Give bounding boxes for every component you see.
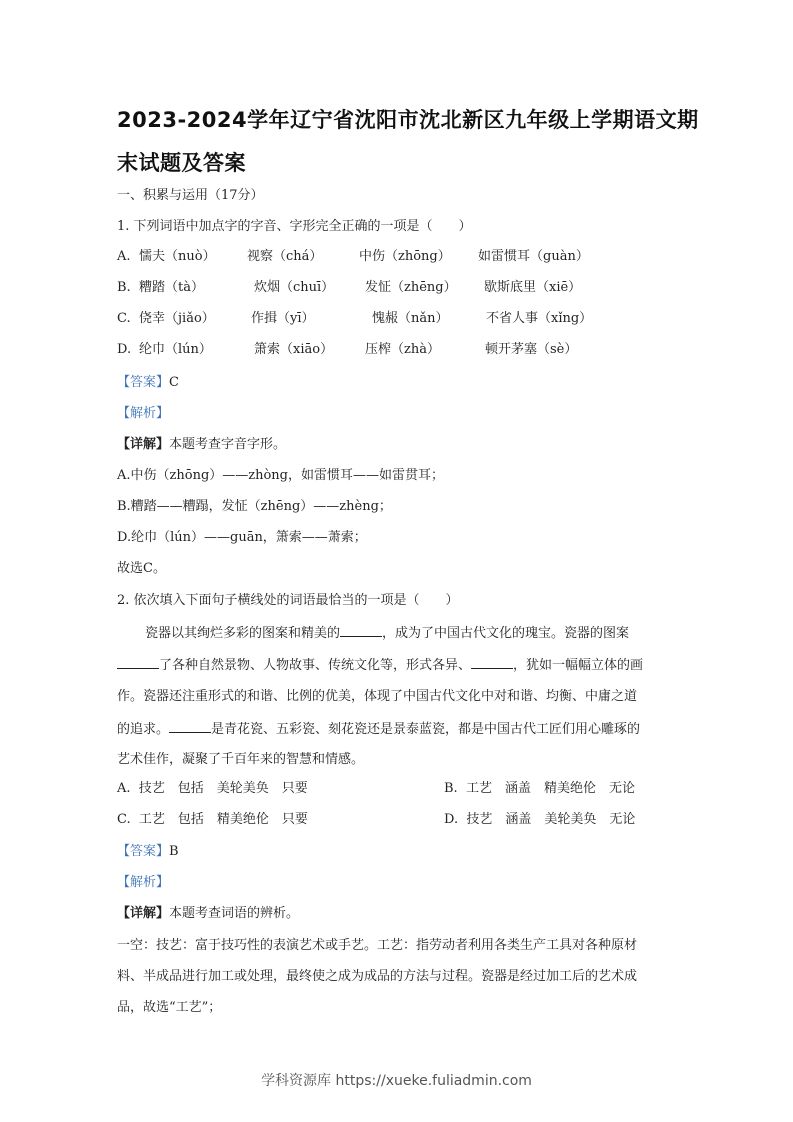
fill-blank: [340, 624, 382, 637]
fill-blank: [169, 720, 211, 733]
answer-value: C: [169, 375, 179, 390]
q2-passage-line: 的追求。是青花瓷、五彩瓷、刻花瓷还是景泰蓝瓷，都是中国古代工匠们用心雕琢的: [117, 720, 640, 739]
document-page: 2023-2024学年辽宁省沈阳市沈北新区九年级上学期语文期 末试题及答案 一、…: [0, 0, 793, 1122]
q2-detail-line: 品，故选“工艺”；: [117, 999, 221, 1017]
fill-blank: [117, 656, 159, 669]
option-item: 歇斯底里（xiē）: [484, 279, 581, 297]
option-label: C.: [117, 310, 131, 328]
q2-option-b: B. 工艺 涵盖 精美绝伦 无论: [444, 780, 635, 798]
option-item: 糟踏（tà）: [139, 279, 204, 297]
q1-conclusion: 故选C。: [117, 560, 166, 578]
q2-passage-line: 了各种自然景物、人物故事、传统文化等，形式各异、，犹如一幅幅立体的画: [117, 656, 643, 675]
option-item: 箫索（xiāo）: [254, 341, 333, 359]
q1-stem: 1. 下列词语中加点字的字音、字形完全正确的一项是（ ）: [117, 218, 472, 236]
q1-answer: 【答案】C: [117, 374, 179, 392]
section-heading: 一、积累与运用（17分）: [117, 187, 264, 205]
q1-detail-line: D.纶巾（lún）——guān，箫索——萧索；: [117, 529, 367, 547]
q2-option-a: A. 技艺 包括 美轮美奂 只要: [117, 780, 308, 798]
option-item: 懦夫（nuò）: [139, 248, 216, 266]
passage-text: 是青花瓷、五彩瓷、刻花瓷还是景泰蓝瓷，都是中国古代工匠们用心雕琢的: [211, 722, 640, 737]
option-item: 作揖（yī）: [251, 310, 315, 328]
q1-option-c: C. 侥幸（jiǎo） 作揖（yī） 愧赧（nǎn） 不省人事（xǐng）: [117, 310, 717, 328]
footer-watermark: 学科资源库 https://xueke.fuliadmin.com: [0, 1070, 793, 1090]
q1-analysis-label: 【解析】: [117, 405, 169, 423]
detail-label: 【详解】: [117, 906, 169, 921]
document-title-line1: 2023-2024学年辽宁省沈阳市沈北新区九年级上学期语文期: [117, 104, 687, 134]
q2-option-c: C. 工艺 包括 精美绝伦 只要: [117, 811, 308, 829]
option-item: 发怔（zhēng）: [365, 279, 457, 297]
passage-text: ，成为了中国古代文化的瑰宝。瓷器的图案: [382, 626, 629, 641]
option-label: D.: [117, 341, 131, 359]
passage-text: 了各种自然景物、人物故事、传统文化等，形式各异、: [159, 658, 471, 673]
q2-options-row2: C. 工艺 包括 精美绝伦 只要 D. 技艺 涵盖 美轮美奂 无论: [117, 811, 677, 829]
option-item: 中伤（zhōng）: [359, 248, 451, 266]
option-item: 不省人事（xǐng）: [486, 310, 592, 328]
q2-passage-line: 艺术佳作，凝聚了千百年来的智慧和情感。: [117, 751, 364, 769]
q1-option-d: D. 纶巾（lún） 箫索（xiāo） 压榨（zhà） 顿开茅塞（sè）: [117, 341, 717, 359]
option-item: 纶巾（lún）: [139, 341, 212, 359]
passage-text: 的追求。: [117, 722, 169, 737]
detail-intro: 本题考查词语的辨析。: [169, 906, 299, 921]
document-title-line2: 末试题及答案: [117, 147, 687, 177]
q2-passage-line: 瓷器以其绚烂多彩的图案和精美的，成为了中国古代文化的瑰宝。瓷器的图案: [145, 624, 629, 643]
q2-analysis-label: 【解析】: [117, 874, 169, 892]
option-label: A.: [117, 248, 131, 266]
option-item: 如雷惯耳（guàn）: [478, 248, 589, 266]
q2-passage-line: 作。瓷器还注重形式的和谐、比例的优美，体现了中国古代文化中对和谐、均衡、中庸之道: [117, 688, 637, 706]
q1-option-a: A. 懦夫（nuò） 视察（chá） 中伤（zhōng） 如雷惯耳（guàn）: [117, 248, 717, 266]
q2-detail-line: 料、半成品进行加工或处理，最终使之成为成品的方法与过程。瓷器是经过加工后的艺术成: [117, 968, 637, 986]
option-item: 视察（chá）: [247, 248, 322, 266]
passage-text: 瓷器以其绚烂多彩的图案和精美的: [145, 626, 340, 641]
fill-blank: [471, 656, 513, 669]
q2-answer: 【答案】B: [117, 843, 179, 861]
q2-detail-line: 一空：技艺：富于技巧性的表演艺术或手艺。工艺：指劳动者利用各类生产工具对各种原材: [117, 937, 637, 955]
passage-text: ，犹如一幅幅立体的画: [513, 658, 643, 673]
q2-detail: 【详解】本题考查词语的辨析。: [117, 905, 299, 923]
answer-label: 【答案】: [117, 844, 169, 859]
option-item: 压榨（zhà）: [365, 341, 440, 359]
option-item: 炊烟（chuī）: [254, 279, 334, 297]
option-item: 愧赧（nǎn）: [372, 310, 449, 328]
q1-detail-line: B.糟踏——糟蹋，发怔（zhēng）——zhèng；: [117, 498, 392, 516]
q1-detail-line: A.中伤（zhōng）——zhòng，如雷惯耳——如雷贯耳；: [117, 467, 444, 485]
q2-options-row1: A. 技艺 包括 美轮美奂 只要 B. 工艺 涵盖 精美绝伦 无论: [117, 780, 677, 798]
detail-intro: 本题考查字音字形。: [169, 437, 286, 452]
answer-value: B: [169, 844, 179, 859]
option-item: 侥幸（jiǎo）: [139, 310, 215, 328]
q2-option-d: D. 技艺 涵盖 美轮美奂 无论: [444, 811, 635, 829]
option-label: B.: [117, 279, 131, 297]
q1-detail: 【详解】本题考查字音字形。: [117, 436, 286, 454]
q2-stem: 2. 依次填入下面句子横线处的词语最恰当的一项是（ ）: [117, 592, 459, 610]
detail-label: 【详解】: [117, 437, 169, 452]
q1-option-b: B. 糟踏（tà） 炊烟（chuī） 发怔（zhēng） 歇斯底里（xiē）: [117, 279, 717, 297]
option-item: 顿开茅塞（sè）: [485, 341, 577, 359]
answer-label: 【答案】: [117, 375, 169, 390]
